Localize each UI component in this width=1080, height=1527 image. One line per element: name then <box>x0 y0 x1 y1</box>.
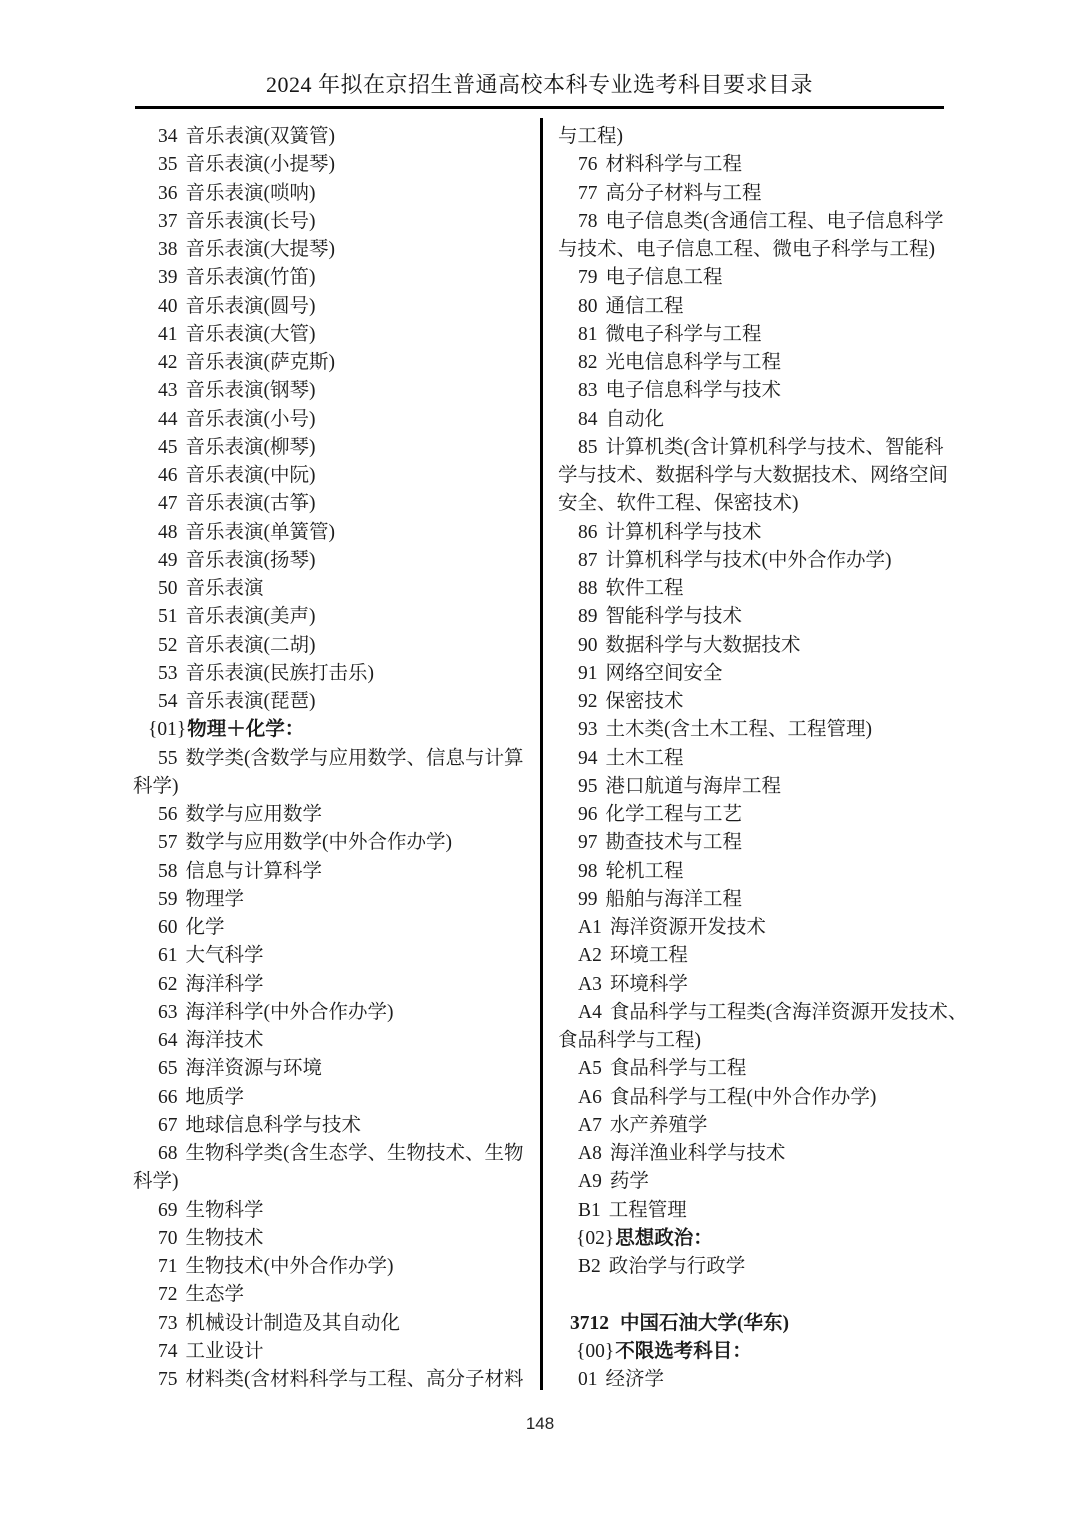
item-code: A7 <box>578 1112 602 1140</box>
catalog-item-line: 34音乐表演(双簧管) <box>133 123 533 151</box>
item-code: 68 <box>158 1140 178 1168</box>
item-code: 54 <box>158 688 178 716</box>
item-code: 81 <box>578 321 598 349</box>
item-label: 音乐表演(小提琴) <box>186 154 336 175</box>
item-label: 思想政治： <box>615 1228 713 1249</box>
catalog-item-line: 81微电子科学与工程 <box>558 321 958 349</box>
header-rule <box>135 106 944 109</box>
item-label: 工业设计 <box>186 1341 264 1362</box>
item-label: 音乐表演(琵琶) <box>186 691 316 712</box>
item-code: {00} <box>576 1338 614 1366</box>
subject-requirement-heading: {01}物理＋化学： <box>133 716 533 744</box>
item-code: 55 <box>158 745 178 773</box>
item-label: 数学与应用数学 <box>186 804 323 825</box>
item-code: 37 <box>158 208 178 236</box>
item-label: 信息与计算科学 <box>186 861 323 882</box>
item-code: 83 <box>578 377 598 405</box>
item-label: 音乐表演(单簧管) <box>186 522 336 543</box>
item-label: 音乐表演(长号) <box>186 211 316 232</box>
item-label: 食品科学与工程类(含海洋资源开发技术、 <box>610 1002 968 1023</box>
item-label: 政治学与行政学 <box>609 1256 746 1277</box>
item-code: 91 <box>578 660 598 688</box>
item-label: 网络空间安全 <box>606 663 723 684</box>
page-header-title: 2024 年拟在京招生普通高校本科专业选考科目要求目录 <box>135 71 944 98</box>
catalog-item-line: 42音乐表演(萨克斯) <box>133 349 533 377</box>
catalog-item-line: 54音乐表演(琵琶) <box>133 688 533 716</box>
item-label: 材料科学与工程 <box>606 154 743 175</box>
catalog-item-line: 35音乐表演(小提琴) <box>133 151 533 179</box>
item-label: 海洋技术 <box>186 1030 264 1051</box>
item-label: 计算机类(含计算机科学与技术、智能科 <box>606 437 944 458</box>
item-label: 生物科学 <box>186 1200 264 1221</box>
item-code: 80 <box>578 293 598 321</box>
catalog-item-line: 64海洋技术 <box>133 1027 533 1055</box>
item-code: 45 <box>158 434 178 462</box>
item-code: 48 <box>158 519 178 547</box>
catalog-item-line: 40音乐表演(圆号) <box>133 293 533 321</box>
item-label: 音乐表演(大管) <box>186 324 316 345</box>
continuation-line: 科学) <box>133 773 533 801</box>
item-code: 47 <box>158 490 178 518</box>
item-label: 机械设计制造及其自动化 <box>186 1313 401 1334</box>
item-label: 地质学 <box>186 1087 245 1108</box>
catalog-item-line: 85计算机类(含计算机科学与技术、智能科 <box>558 434 958 462</box>
catalog-item-line: 88软件工程 <box>558 575 958 603</box>
catalog-item-line: 51音乐表演(美声) <box>133 603 533 631</box>
item-label: 音乐表演(萨克斯) <box>186 352 336 373</box>
item-label: 生态学 <box>186 1284 245 1305</box>
item-code: 35 <box>158 151 178 179</box>
item-code: 65 <box>158 1055 178 1083</box>
item-label: 微电子科学与工程 <box>606 324 762 345</box>
item-label: 电子信息工程 <box>606 267 723 288</box>
catalog-item-line: 93土木类(含土木工程、工程管理) <box>558 716 958 744</box>
item-label: 通信工程 <box>606 296 684 317</box>
item-code: 44 <box>158 406 178 434</box>
item-code: 67 <box>158 1112 178 1140</box>
item-label: 生物技术(中外合作办学) <box>186 1256 394 1277</box>
catalog-item-line: 46音乐表演(中阮) <box>133 462 533 490</box>
catalog-item-line: 01经济学 <box>558 1366 958 1394</box>
catalog-item-line: 83电子信息科学与技术 <box>558 377 958 405</box>
item-code: 61 <box>158 942 178 970</box>
item-code: 43 <box>158 377 178 405</box>
blank-line <box>558 1281 958 1309</box>
catalog-item-line: 68生物科学类(含生态学、生物技术、生物 <box>133 1140 533 1168</box>
item-label: 经济学 <box>606 1369 665 1390</box>
item-label: 智能科学与技术 <box>606 606 743 627</box>
item-code: 56 <box>158 801 178 829</box>
continuation-line: 学与技术、数据科学与大数据技术、网络空间 <box>558 462 958 490</box>
item-label: 音乐表演(钢琴) <box>186 380 316 401</box>
item-label: 音乐表演(二胡) <box>186 635 316 656</box>
item-code: 95 <box>578 773 598 801</box>
item-label: 计算机科学与技术(中外合作办学) <box>606 550 892 571</box>
item-code: A6 <box>578 1084 602 1112</box>
item-code: 34 <box>158 123 178 151</box>
item-label: 船舶与海洋工程 <box>606 889 743 910</box>
item-label: 海洋渔业科学与技术 <box>610 1143 786 1164</box>
item-code: 82 <box>578 349 598 377</box>
item-label: 轮机工程 <box>606 861 684 882</box>
item-code: 79 <box>578 264 598 292</box>
item-code: 46 <box>158 462 178 490</box>
item-code: 39 <box>158 264 178 292</box>
catalog-item-line: 47音乐表演(古筝) <box>133 490 533 518</box>
continuation-line: 科学) <box>133 1168 533 1196</box>
item-code: 66 <box>158 1084 178 1112</box>
item-code: 62 <box>158 971 178 999</box>
item-label: 数学类(含数学与应用数学、信息与计算 <box>186 748 524 769</box>
catalog-item-line: 75材料类(含材料科学与工程、高分子材料 <box>133 1366 533 1394</box>
item-label: 音乐表演(中阮) <box>186 465 316 486</box>
item-label: 环境科学 <box>610 974 688 995</box>
catalog-item-line: A5食品科学与工程 <box>558 1055 958 1083</box>
catalog-item-line: A2环境工程 <box>558 942 958 970</box>
item-code: 77 <box>578 180 598 208</box>
item-label: 海洋资源与环境 <box>186 1058 323 1079</box>
item-label: 土木工程 <box>606 748 684 769</box>
item-code: 52 <box>158 632 178 660</box>
catalog-item-line: 82光电信息科学与工程 <box>558 349 958 377</box>
item-code: A1 <box>578 914 602 942</box>
catalog-item-line: 67地球信息科学与技术 <box>133 1112 533 1140</box>
continuation-line: 安全、软件工程、保密技术) <box>558 490 958 518</box>
catalog-item-line: 84自动化 <box>558 406 958 434</box>
catalog-item-line: 41音乐表演(大管) <box>133 321 533 349</box>
catalog-item-line: 45音乐表演(柳琴) <box>133 434 533 462</box>
item-label: 音乐表演(竹笛) <box>186 267 316 288</box>
catalog-item-line: 44音乐表演(小号) <box>133 406 533 434</box>
catalog-item-line: 98轮机工程 <box>558 858 958 886</box>
item-code: A9 <box>578 1168 602 1196</box>
item-code: B1 <box>578 1197 601 1225</box>
item-code: 49 <box>158 547 178 575</box>
catalog-item-line: 78电子信息类(含通信工程、电子信息科学 <box>558 208 958 236</box>
column-left: 34音乐表演(双簧管)35音乐表演(小提琴)36音乐表演(唢呐)37音乐表演(长… <box>133 123 533 1394</box>
catalog-item-line: 65海洋资源与环境 <box>133 1055 533 1083</box>
catalog-item-line: 97勘查技术与工程 <box>558 829 958 857</box>
catalog-item-line: 73机械设计制造及其自动化 <box>133 1310 533 1338</box>
item-label: 数学与应用数学(中外合作办学) <box>186 832 453 853</box>
catalog-item-line: 77高分子材料与工程 <box>558 180 958 208</box>
item-label: 音乐表演(双簧管) <box>186 126 336 147</box>
item-code: 90 <box>578 632 598 660</box>
item-code: 74 <box>158 1338 178 1366</box>
item-label: 海洋科学 <box>186 974 264 995</box>
catalog-item-line: 72生态学 <box>133 1281 533 1309</box>
item-code: {02} <box>576 1225 614 1253</box>
item-label: 食品科学与工程 <box>610 1058 747 1079</box>
item-label: 土木类(含土木工程、工程管理) <box>606 719 873 740</box>
item-label: 药学 <box>610 1171 649 1192</box>
item-code: 53 <box>158 660 178 688</box>
item-code: 01 <box>578 1366 598 1394</box>
catalog-item-line: 60化学 <box>133 914 533 942</box>
item-label: 学与技术、数据科学与大数据技术、网络空间 <box>558 465 948 486</box>
page-number: 148 <box>0 1414 1080 1434</box>
catalog-item-line: 48音乐表演(单簧管) <box>133 519 533 547</box>
catalog-item-line: B1工程管理 <box>558 1197 958 1225</box>
item-label: 港口航道与海岸工程 <box>606 776 782 797</box>
catalog-item-line: 37音乐表演(长号) <box>133 208 533 236</box>
item-label: 大气科学 <box>186 945 264 966</box>
item-code: 86 <box>578 519 598 547</box>
item-label: 生物科学类(含生态学、生物技术、生物 <box>186 1143 524 1164</box>
item-label: 音乐表演(柳琴) <box>186 437 316 458</box>
item-label: 保密技术 <box>606 691 684 712</box>
item-label: 海洋科学(中外合作办学) <box>186 1002 394 1023</box>
item-label: 水产养殖学 <box>610 1115 708 1136</box>
item-code: 70 <box>158 1225 178 1253</box>
catalog-item-line: 87计算机科学与技术(中外合作办学) <box>558 547 958 575</box>
item-label: 音乐表演(小号) <box>186 409 316 430</box>
catalog-item-line: A9药学 <box>558 1168 958 1196</box>
continuation-line: 与工程) <box>558 123 958 151</box>
item-code: B2 <box>578 1253 601 1281</box>
university-heading: 3712中国石油大学(华东) <box>558 1310 958 1338</box>
item-code: 3712 <box>570 1310 609 1338</box>
item-label: 海洋资源开发技术 <box>610 917 766 938</box>
item-code: 88 <box>578 575 598 603</box>
catalog-item-line: 92保密技术 <box>558 688 958 716</box>
item-code: 36 <box>158 180 178 208</box>
item-code: 92 <box>578 688 598 716</box>
item-label: 物理学 <box>186 889 245 910</box>
catalog-item-line: 55数学类(含数学与应用数学、信息与计算 <box>133 745 533 773</box>
item-label: 软件工程 <box>606 578 684 599</box>
catalog-item-line: 38音乐表演(大提琴) <box>133 236 533 264</box>
item-label: 物理＋化学： <box>187 719 304 740</box>
item-label: 材料类(含材料科学与工程、高分子材料 <box>186 1369 524 1390</box>
catalog-item-line: 50音乐表演 <box>133 575 533 603</box>
item-label: 音乐表演(民族打击乐) <box>186 663 375 684</box>
item-code: 50 <box>158 575 178 603</box>
item-code: A8 <box>578 1140 602 1168</box>
item-code: 96 <box>578 801 598 829</box>
item-label: 生物技术 <box>186 1228 264 1249</box>
item-label: 数据科学与大数据技术 <box>606 635 801 656</box>
item-code: 51 <box>158 603 178 631</box>
catalog-item-line: B2政治学与行政学 <box>558 1253 958 1281</box>
item-label: 化学 <box>186 917 225 938</box>
item-code: 76 <box>578 151 598 179</box>
item-label: 高分子材料与工程 <box>606 183 762 204</box>
catalog-item-line: A6食品科学与工程(中外合作办学) <box>558 1084 958 1112</box>
catalog-item-line: 39音乐表演(竹笛) <box>133 264 533 292</box>
catalog-item-line: A1海洋资源开发技术 <box>558 914 958 942</box>
item-code: A3 <box>578 971 602 999</box>
item-code: 38 <box>158 236 178 264</box>
subject-requirement-heading: {00}不限选考科目： <box>558 1338 958 1366</box>
item-code: 71 <box>158 1253 178 1281</box>
catalog-item-line: 80通信工程 <box>558 293 958 321</box>
item-label: 音乐表演(圆号) <box>186 296 316 317</box>
catalog-item-line: 58信息与计算科学 <box>133 858 533 886</box>
item-label: 音乐表演 <box>186 578 264 599</box>
item-code: 93 <box>578 716 598 744</box>
item-code: 75 <box>158 1366 178 1394</box>
item-code: 57 <box>158 829 178 857</box>
item-code: 60 <box>158 914 178 942</box>
item-code: 87 <box>578 547 598 575</box>
item-code: {01} <box>148 716 186 744</box>
item-code: 78 <box>578 208 598 236</box>
catalog-item-line: 53音乐表演(民族打击乐) <box>133 660 533 688</box>
catalog-item-line: 95港口航道与海岸工程 <box>558 773 958 801</box>
document-page: 2024 年拟在京招生普通高校本科专业选考科目要求目录 34音乐表演(双簧管)3… <box>0 0 1080 1527</box>
catalog-item-line: 43音乐表演(钢琴) <box>133 377 533 405</box>
catalog-item-line: 69生物科学 <box>133 1197 533 1225</box>
catalog-item-line: 56数学与应用数学 <box>133 801 533 829</box>
item-label: 地球信息科学与技术 <box>186 1115 362 1136</box>
catalog-item-line: 70生物技术 <box>133 1225 533 1253</box>
item-label: 电子信息科学与技术 <box>606 380 782 401</box>
catalog-item-line: 86计算机科学与技术 <box>558 519 958 547</box>
catalog-item-line: 76材料科学与工程 <box>558 151 958 179</box>
item-label: 光电信息科学与工程 <box>606 352 782 373</box>
item-label: 科学) <box>133 1171 179 1192</box>
item-code: 94 <box>578 745 598 773</box>
catalog-item-line: 49音乐表演(扬琴) <box>133 547 533 575</box>
item-label: 环境工程 <box>610 945 688 966</box>
column-divider <box>540 118 543 1390</box>
item-label: 音乐表演(扬琴) <box>186 550 316 571</box>
item-code: 97 <box>578 829 598 857</box>
item-label: 与技术、电子信息工程、微电子科学与工程) <box>558 239 935 260</box>
catalog-item-line: 74工业设计 <box>133 1338 533 1366</box>
catalog-item-line: 59物理学 <box>133 886 533 914</box>
catalog-item-line: 57数学与应用数学(中外合作办学) <box>133 829 533 857</box>
item-label: 音乐表演(古筝) <box>186 493 316 514</box>
catalog-item-line: A4食品科学与工程类(含海洋资源开发技术、 <box>558 999 958 1027</box>
subject-requirement-heading: {02}思想政治： <box>558 1225 958 1253</box>
item-label: 音乐表演(美声) <box>186 606 316 627</box>
item-code: 40 <box>158 293 178 321</box>
catalog-item-line: 36音乐表演(唢呐) <box>133 180 533 208</box>
catalog-item-line: 66地质学 <box>133 1084 533 1112</box>
item-label: 化学工程与工艺 <box>606 804 743 825</box>
catalog-item-line: 71生物技术(中外合作办学) <box>133 1253 533 1281</box>
item-code: 99 <box>578 886 598 914</box>
item-code: 42 <box>158 349 178 377</box>
item-label: 勘查技术与工程 <box>606 832 743 853</box>
catalog-item-line: A8海洋渔业科学与技术 <box>558 1140 958 1168</box>
item-code: 72 <box>158 1281 178 1309</box>
item-label: 与工程) <box>558 126 623 147</box>
catalog-item-line: 89智能科学与技术 <box>558 603 958 631</box>
item-label: 安全、软件工程、保密技术) <box>558 493 799 514</box>
catalog-item-line: 79电子信息工程 <box>558 264 958 292</box>
item-code: 59 <box>158 886 178 914</box>
item-label: 工程管理 <box>609 1200 687 1221</box>
item-code: 64 <box>158 1027 178 1055</box>
catalog-item-line: A7水产养殖学 <box>558 1112 958 1140</box>
item-label: 中国石油大学(华东) <box>620 1313 789 1334</box>
item-label: 科学) <box>133 776 179 797</box>
continuation-line: 食品科学与工程) <box>558 1027 958 1055</box>
item-label: 食品科学与工程) <box>558 1030 701 1051</box>
continuation-line: 与技术、电子信息工程、微电子科学与工程) <box>558 236 958 264</box>
item-code: A5 <box>578 1055 602 1083</box>
catalog-item-line: 63海洋科学(中外合作办学) <box>133 999 533 1027</box>
catalog-item-line: 62海洋科学 <box>133 971 533 999</box>
item-code: 85 <box>578 434 598 462</box>
item-label: 不限选考科目： <box>615 1341 752 1362</box>
item-label: 计算机科学与技术 <box>606 522 762 543</box>
item-code: 63 <box>158 999 178 1027</box>
catalog-item-line: 99船舶与海洋工程 <box>558 886 958 914</box>
column-right: 与工程)76材料科学与工程77高分子材料与工程78电子信息类(含通信工程、电子信… <box>558 123 958 1394</box>
catalog-item-line: 94土木工程 <box>558 745 958 773</box>
catalog-item-line: 91网络空间安全 <box>558 660 958 688</box>
catalog-item-line: 96化学工程与工艺 <box>558 801 958 829</box>
item-label: 音乐表演(大提琴) <box>186 239 336 260</box>
item-code: 73 <box>158 1310 178 1338</box>
item-code: 69 <box>158 1197 178 1225</box>
catalog-item-line: 61大气科学 <box>133 942 533 970</box>
item-label: 自动化 <box>606 409 665 430</box>
item-label: 电子信息类(含通信工程、电子信息科学 <box>606 211 944 232</box>
item-label: 音乐表演(唢呐) <box>186 183 316 204</box>
item-code: 89 <box>578 603 598 631</box>
item-code: A2 <box>578 942 602 970</box>
item-label: 食品科学与工程(中外合作办学) <box>610 1087 877 1108</box>
item-code: 98 <box>578 858 598 886</box>
item-code: 41 <box>158 321 178 349</box>
catalog-item-line: 52音乐表演(二胡) <box>133 632 533 660</box>
item-code: 58 <box>158 858 178 886</box>
catalog-item-line: 90数据科学与大数据技术 <box>558 632 958 660</box>
catalog-item-line: A3环境科学 <box>558 971 958 999</box>
item-code: 84 <box>578 406 598 434</box>
item-code: A4 <box>578 999 602 1027</box>
